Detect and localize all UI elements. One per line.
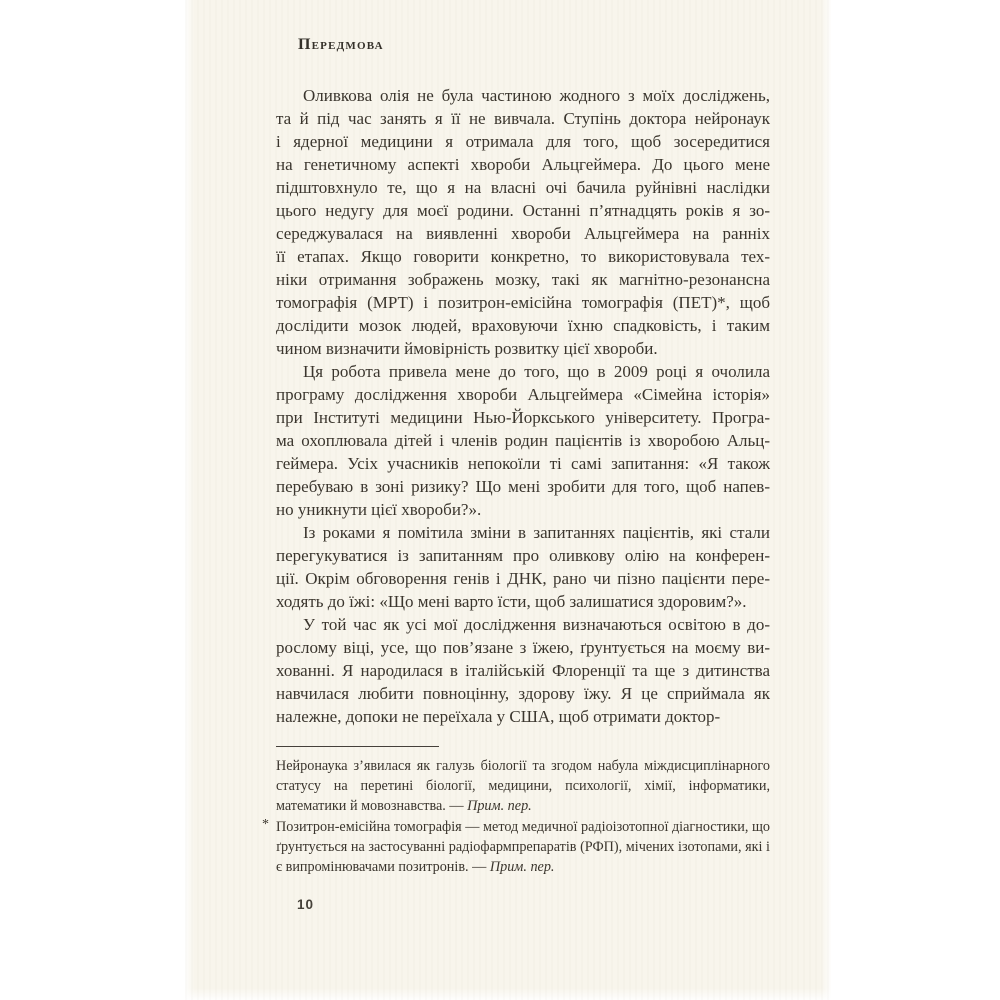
footnote: *Позитрон-емісійна томографія — метод ме… [276, 817, 770, 877]
footnote-separator [276, 746, 439, 747]
text-line: чином визначити ймовірність розвитку ціє… [276, 337, 770, 360]
footnotes-section: Нейронаука з’явилася як галузь біології … [276, 756, 770, 878]
body-paragraph: Із роками я помітила зміни в запитаннях … [276, 521, 770, 613]
footnote: Нейронаука з’явилася як галузь біології … [276, 756, 770, 816]
footnote-marker: * [262, 815, 269, 835]
text-line: на генетичному аспекті хвороби Альцгейме… [276, 153, 770, 176]
footnote-translator-note: Прим. пер. [467, 798, 532, 814]
page-scan: Передмова Оливкова олія не була частиною… [185, 0, 831, 1000]
text-line: геймера. Усіх учасників непокоїли ті сам… [276, 452, 770, 475]
text-line: Оливкова олія не була частиною жодного з… [276, 84, 770, 107]
text-line: рослому віці, усе, що пов’язане з їжею, … [276, 636, 770, 659]
body-paragraph: У той час як усі мої дослідження визнача… [276, 613, 770, 728]
footnote-translator-note: Прим. пер. [490, 859, 555, 875]
text-line: томографія (МРТ) і позитрон-емісійна том… [276, 291, 770, 314]
text-line: перегукуватися із запитанням про оливков… [276, 544, 770, 567]
text-line: ції. Окрім обговорення генів і ДНК, рано… [276, 567, 770, 590]
text-line: но уникнути цієї хвороби?». [276, 498, 770, 521]
page-number: 10 [297, 897, 314, 912]
text-line: Ця робота привела мене до того, що в 200… [276, 360, 770, 383]
text-line: ма охоплювала дітей і членів родин паціє… [276, 429, 770, 452]
body-paragraph: Ця робота привела мене до того, що в 200… [276, 360, 770, 521]
text-line: цього недугу для моєї родини. Останні п’… [276, 199, 770, 222]
text-line: Із роками я помітила зміни в запитаннях … [276, 521, 770, 544]
text-line: середжувалася на виявленні хвороби Альцг… [276, 222, 770, 245]
text-line: ходять до їжі: «Що мені варто їсти, щоб … [276, 590, 770, 613]
text-line: при Інституті медицини Нью-Йоркського ун… [276, 406, 770, 429]
text-line: належне, допоки не переїхала у США, щоб … [276, 705, 770, 728]
text-line: її етапах. Якщо говорити конкретно, то в… [276, 245, 770, 268]
text-line: підштовхнуло те, що я на власні очі бачи… [276, 176, 770, 199]
text-line: ніки отримання зображень мозку, такі як … [276, 268, 770, 291]
text-line: навчилася любити повноцінну, здорову їжу… [276, 682, 770, 705]
text-line: У той час як усі мої дослідження визнача… [276, 613, 770, 636]
body-paragraph: Оливкова олія не була частиною жодного з… [276, 84, 770, 360]
text-line: програму дослідження хвороби Альцгеймера… [276, 383, 770, 406]
text-line: та й під час занять я її не вивчала. Сту… [276, 107, 770, 130]
text-line: хованні. Я народилася в італійській Флор… [276, 659, 770, 682]
page-header: Передмова [298, 36, 384, 54]
text-line: дослідити мозок людей, враховуючи їхню с… [276, 314, 770, 337]
body-text: Оливкова олія не була частиною жодного з… [276, 84, 770, 728]
text-line: перебуваю в зоні ризику? Що мені зробити… [276, 475, 770, 498]
text-line: і ядерної медицини я отримала для того, … [276, 130, 770, 153]
